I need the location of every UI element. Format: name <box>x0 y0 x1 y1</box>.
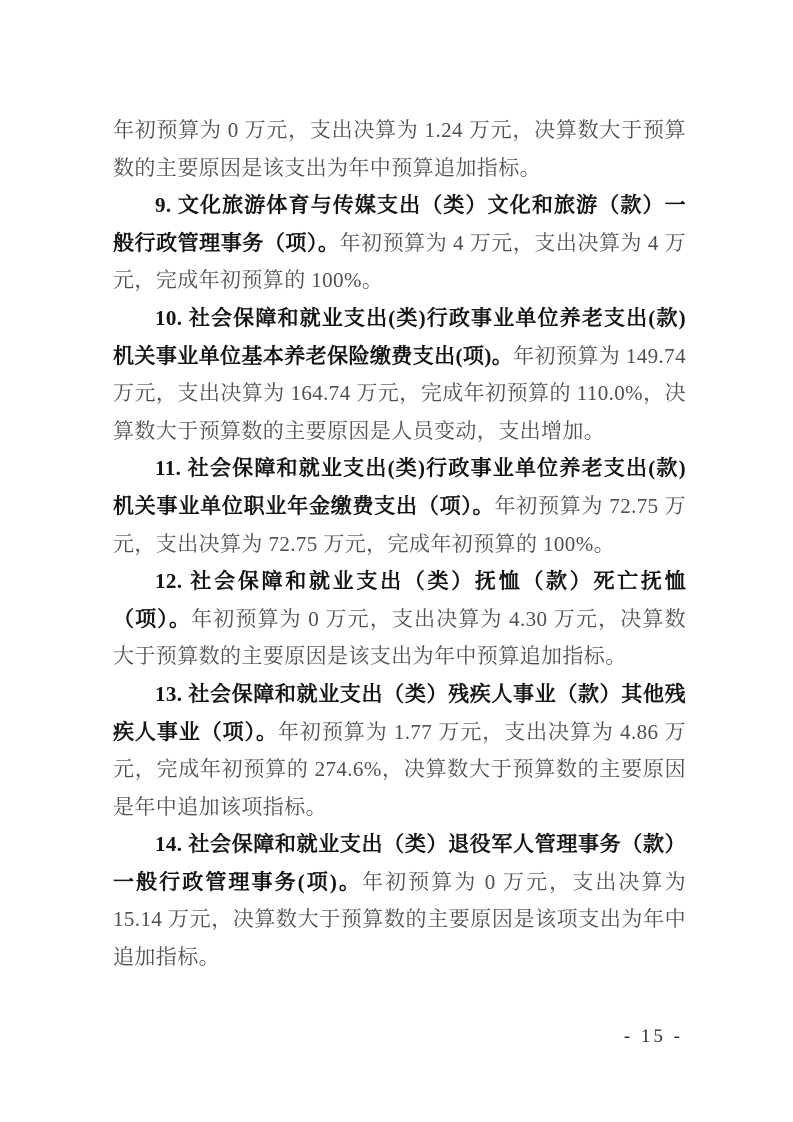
text-column: 年初预算为 0 万元，支出决算为 1.24 万元，决算数大于预算数的主要原因是该… <box>113 112 686 977</box>
paragraph-item-9: 9. 文化旅游体育与传媒支出（类）文化和旅游（款）一般行政管理事务（项）。年初预… <box>113 187 686 300</box>
paragraph-item-10: 10. 社会保障和就业支出(类)行政事业单位养老支出(款)机关事业单位基本养老保… <box>113 300 686 450</box>
paragraph-continuation: 年初预算为 0 万元，支出决算为 1.24 万元，决算数大于预算数的主要原因是该… <box>113 112 686 187</box>
document-page: 年初预算为 0 万元，支出决算为 1.24 万元，决算数大于预算数的主要原因是该… <box>0 0 793 1122</box>
paragraph-item-12: 12. 社会保障和就业支出（类）抚恤（款）死亡抚恤（项）。年初预算为 0 万元，… <box>113 563 686 676</box>
paragraph-body: 年初预算为 0 万元，支出决算为 1.24 万元，决算数大于预算数的主要原因是该… <box>113 118 686 180</box>
page-number: - 15 - <box>624 1026 683 1048</box>
paragraph-item-14: 14. 社会保障和就业支出（类）退役军人管理事务（款）一般行政管理事务(项)。年… <box>113 826 686 976</box>
paragraph-body: 年初预算为 0 万元，支出决算为 4.30 万元，决算数大于预算数的主要原因是该… <box>113 607 686 669</box>
paragraph-item-11: 11. 社会保障和就业支出(类)行政事业单位养老支出(款)机关事业单位职业年金缴… <box>113 450 686 563</box>
paragraph-item-13: 13. 社会保障和就业支出（类）残疾人事业（款）其他残疾人事业（项）。年初预算为… <box>113 676 686 826</box>
